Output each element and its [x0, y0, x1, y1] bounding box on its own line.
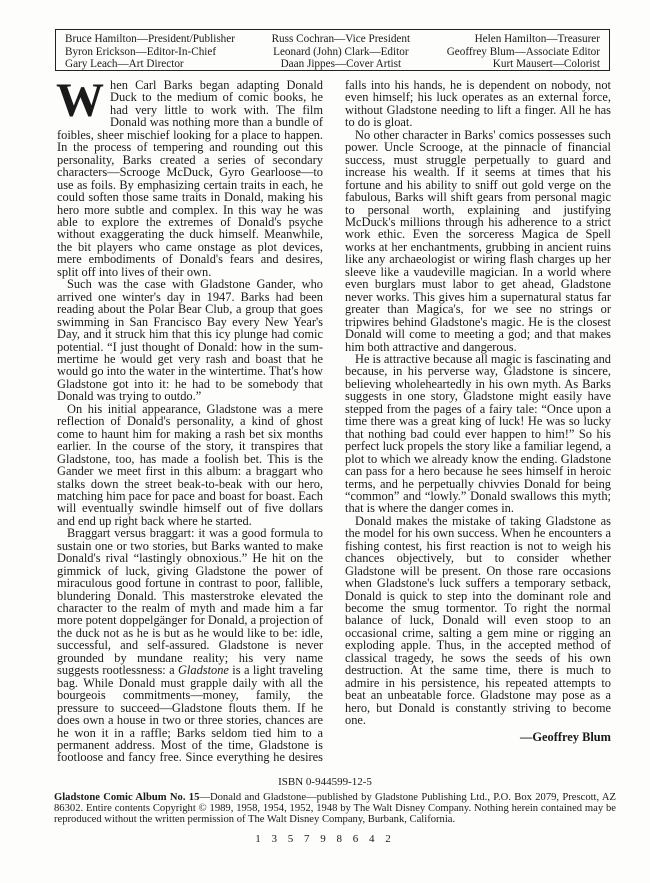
- credit-line: Kurt Mausert—Colorist: [493, 58, 600, 71]
- colophon: Gladstone Comic Album No. 15—Donald and …: [54, 792, 616, 826]
- credit-line: Byron Erickson—Editor-In-Chief: [65, 46, 216, 59]
- credit-line: Leonard (John) Clark—Editor: [273, 46, 408, 59]
- article-paragraph-1: When Carl Barks began adapting Donald Du…: [57, 79, 323, 278]
- isbn: ISBN 0-944599-12-5: [0, 776, 650, 788]
- drop-cap: W: [56, 82, 104, 120]
- article-body: When Carl Barks began adapting Donald Du…: [57, 79, 611, 769]
- credit-line: Daan Jippes—Cover Artist: [281, 58, 402, 71]
- credit-line: Bruce Hamilton—President/Publisher: [65, 33, 235, 46]
- credit-line: Helen Hamilton—Treasurer: [475, 33, 600, 46]
- credits-column-center: Russ Cochran—Vice President Leonard (Joh…: [272, 33, 411, 70]
- colophon-title: Gladstone Comic Album No. 15: [54, 792, 199, 803]
- article-paragraph-6: He is attractive because all magic is fa…: [345, 353, 611, 515]
- article-paragraph-5: No other character in Barks' comics poss…: [345, 129, 611, 353]
- credits-column-left: Bruce Hamilton—President/Publisher Byron…: [65, 33, 235, 70]
- article-paragraph-3: On his initial appearance, Gladstone was…: [57, 403, 323, 528]
- credits-column-right: Helen Hamilton—Treasurer Geoffrey Blum—A…: [447, 33, 600, 70]
- credit-line: Gary Leach—Art Director: [65, 58, 184, 71]
- staff-credits-box: Bruce Hamilton—President/Publisher Byron…: [55, 29, 610, 71]
- article-paragraph-2: Such was the case with Gladstone Gander,…: [57, 278, 323, 403]
- print-line: 1 3 5 7 9 8 6 4 2: [0, 833, 650, 845]
- author-signature: —Geoffrey Blum: [345, 731, 611, 743]
- paragraph-text: Braggart versus braggart: it was a good …: [57, 526, 323, 677]
- credit-line: Geoffrey Blum—Associate Editor: [447, 46, 600, 59]
- credit-line: Russ Cochran—Vice President: [272, 33, 411, 46]
- article-paragraph-7: Donald makes the mistake of taking Glads…: [345, 515, 611, 727]
